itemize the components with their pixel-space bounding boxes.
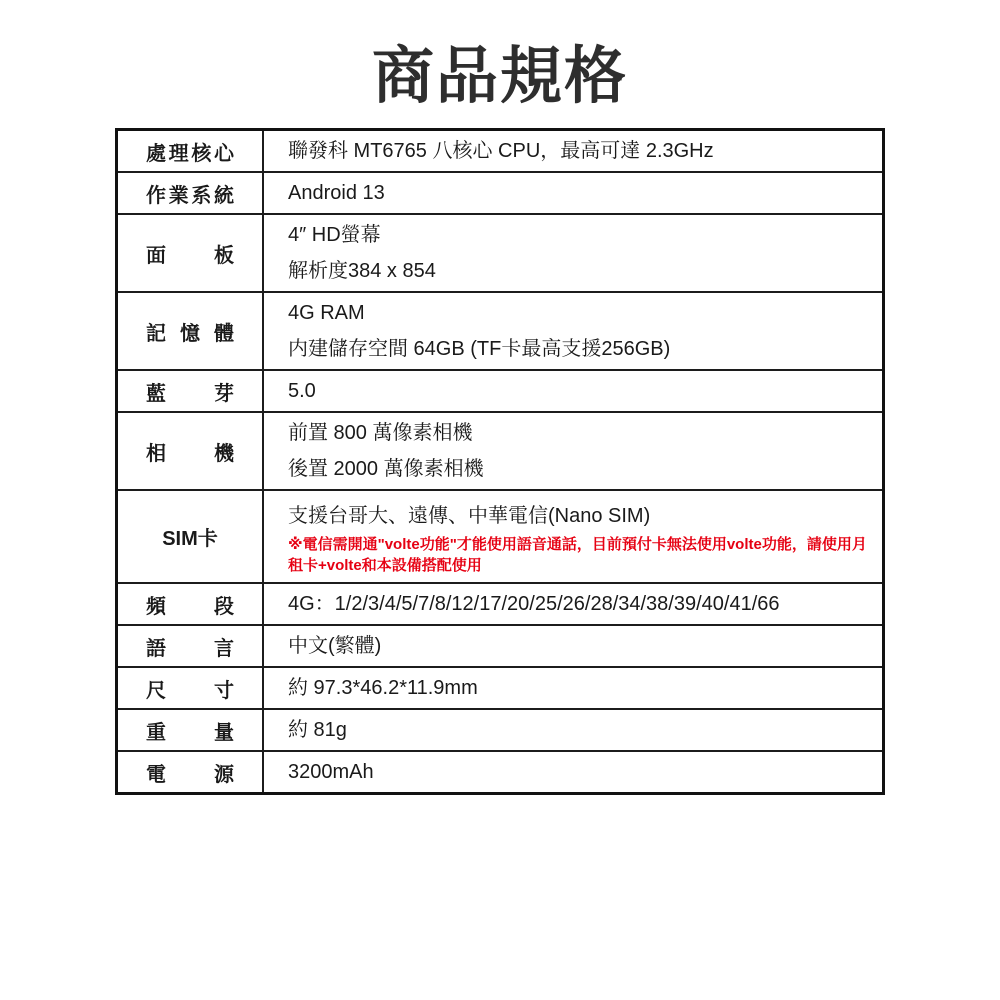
row-label-bluetooth: 藍芽 xyxy=(118,371,264,411)
spec-value-line: 後置 2000 萬像素相機 xyxy=(288,451,870,487)
row-value-battery: 3200mAh xyxy=(264,752,882,792)
row-label-cpu: 處理核心 xyxy=(118,131,264,171)
spec-value-line: 前置 800 萬像素相機 xyxy=(288,415,870,451)
spec-value-line: 聯發科 MT6765 八核心 CPU，最高可達 2.3GHz xyxy=(288,133,870,169)
spec-value-line: 4″ HD螢幕 xyxy=(288,217,870,253)
row-value-camera: 前置 800 萬像素相機 後置 2000 萬像素相機 xyxy=(264,413,882,489)
row-value-bluetooth: 5.0 xyxy=(264,371,882,411)
row-label-text: 面板 xyxy=(146,239,234,268)
table-row-bluetooth: 藍芽 5.0 xyxy=(118,369,882,411)
row-value-sim: 支援台哥大、遠傳、中華電信(Nano SIM) ※電信需開通"volte功能"才… xyxy=(264,491,882,582)
table-row-dimensions: 尺寸 約 97.3*46.2*11.9mm xyxy=(118,666,882,708)
spec-value-line: 約 81g xyxy=(288,712,870,748)
table-row-battery: 電源 3200mAh xyxy=(118,750,882,792)
spec-value-line: 3200mAh xyxy=(288,754,870,790)
table-row-os: 作業系統 Android 13 xyxy=(118,171,882,213)
spec-value-line: 支援台哥大、遠傳、中華電信(Nano SIM) xyxy=(288,498,870,534)
spec-value-line: 5.0 xyxy=(288,373,870,409)
row-value-bands: 4G：1/2/3/4/5/7/8/12/17/20/25/26/28/34/38… xyxy=(264,584,882,624)
row-label-text: 記憶體 xyxy=(146,317,234,346)
row-label-dimensions: 尺寸 xyxy=(118,668,264,708)
spec-table: 處理核心 聯發科 MT6765 八核心 CPU，最高可達 2.3GHz 作業系統… xyxy=(115,128,885,795)
row-label-text: 重量 xyxy=(146,716,234,745)
row-label-panel: 面板 xyxy=(118,215,264,291)
row-label-battery: 電源 xyxy=(118,752,264,792)
spec-value-line: 中文(繁體) xyxy=(288,628,870,664)
row-value-memory: 4G RAM 内建儲存空間 64GB (TF卡最高支援256GB) xyxy=(264,293,882,369)
row-value-language: 中文(繁體) xyxy=(264,626,882,666)
spec-value-line: 内建儲存空間 64GB (TF卡最高支援256GB) xyxy=(288,331,870,367)
sim-volte-warning-note: ※電信需開通"volte功能"才能使用語音通話，目前預付卡無法使用volte功能… xyxy=(288,534,870,576)
row-label-text: 語言 xyxy=(146,632,234,661)
row-label-text: 頻段 xyxy=(146,590,234,619)
spec-value-line: Android 13 xyxy=(288,175,870,211)
row-label-text: SIM卡 xyxy=(146,522,234,551)
row-label-sim: SIM卡 xyxy=(118,491,264,582)
row-label-camera: 相機 xyxy=(118,413,264,489)
row-label-language: 語言 xyxy=(118,626,264,666)
row-label-text: 藍芽 xyxy=(146,377,234,406)
row-label-bands: 頻段 xyxy=(118,584,264,624)
page-title: 商品規格 xyxy=(0,0,1000,128)
row-value-weight: 約 81g xyxy=(264,710,882,750)
row-value-os: Android 13 xyxy=(264,173,882,213)
row-label-text: 相機 xyxy=(146,437,234,466)
spec-value-line: 約 97.3*46.2*11.9mm xyxy=(288,670,870,706)
row-label-memory: 記憶體 xyxy=(118,293,264,369)
spec-value-line: 解析度384 x 854 xyxy=(288,253,870,289)
table-row-sim: SIM卡 支援台哥大、遠傳、中華電信(Nano SIM) ※電信需開通"volt… xyxy=(118,489,882,582)
table-row-bands: 頻段 4G：1/2/3/4/5/7/8/12/17/20/25/26/28/34… xyxy=(118,582,882,624)
spec-value-line: 4G：1/2/3/4/5/7/8/12/17/20/25/26/28/34/38… xyxy=(288,586,870,622)
table-row-memory: 記憶體 4G RAM 内建儲存空間 64GB (TF卡最高支援256GB) xyxy=(118,291,882,369)
table-row-language: 語言 中文(繁體) xyxy=(118,624,882,666)
row-label-text: 處理核心 xyxy=(146,137,234,166)
row-value-dimensions: 約 97.3*46.2*11.9mm xyxy=(264,668,882,708)
row-value-cpu: 聯發科 MT6765 八核心 CPU，最高可達 2.3GHz xyxy=(264,131,882,171)
spec-value-line: 4G RAM xyxy=(288,295,870,331)
row-value-panel: 4″ HD螢幕 解析度384 x 854 xyxy=(264,215,882,291)
row-label-os: 作業系統 xyxy=(118,173,264,213)
product-spec-page: 商品規格 處理核心 聯發科 MT6765 八核心 CPU，最高可達 2.3GHz… xyxy=(0,0,1000,1000)
row-label-text: 作業系統 xyxy=(146,179,234,208)
row-label-text: 電源 xyxy=(146,758,234,787)
row-label-weight: 重量 xyxy=(118,710,264,750)
table-row-camera: 相機 前置 800 萬像素相機 後置 2000 萬像素相機 xyxy=(118,411,882,489)
table-row-weight: 重量 約 81g xyxy=(118,708,882,750)
table-row-cpu: 處理核心 聯發科 MT6765 八核心 CPU，最高可達 2.3GHz xyxy=(118,131,882,171)
table-row-panel: 面板 4″ HD螢幕 解析度384 x 854 xyxy=(118,213,882,291)
row-label-text: 尺寸 xyxy=(146,674,234,703)
